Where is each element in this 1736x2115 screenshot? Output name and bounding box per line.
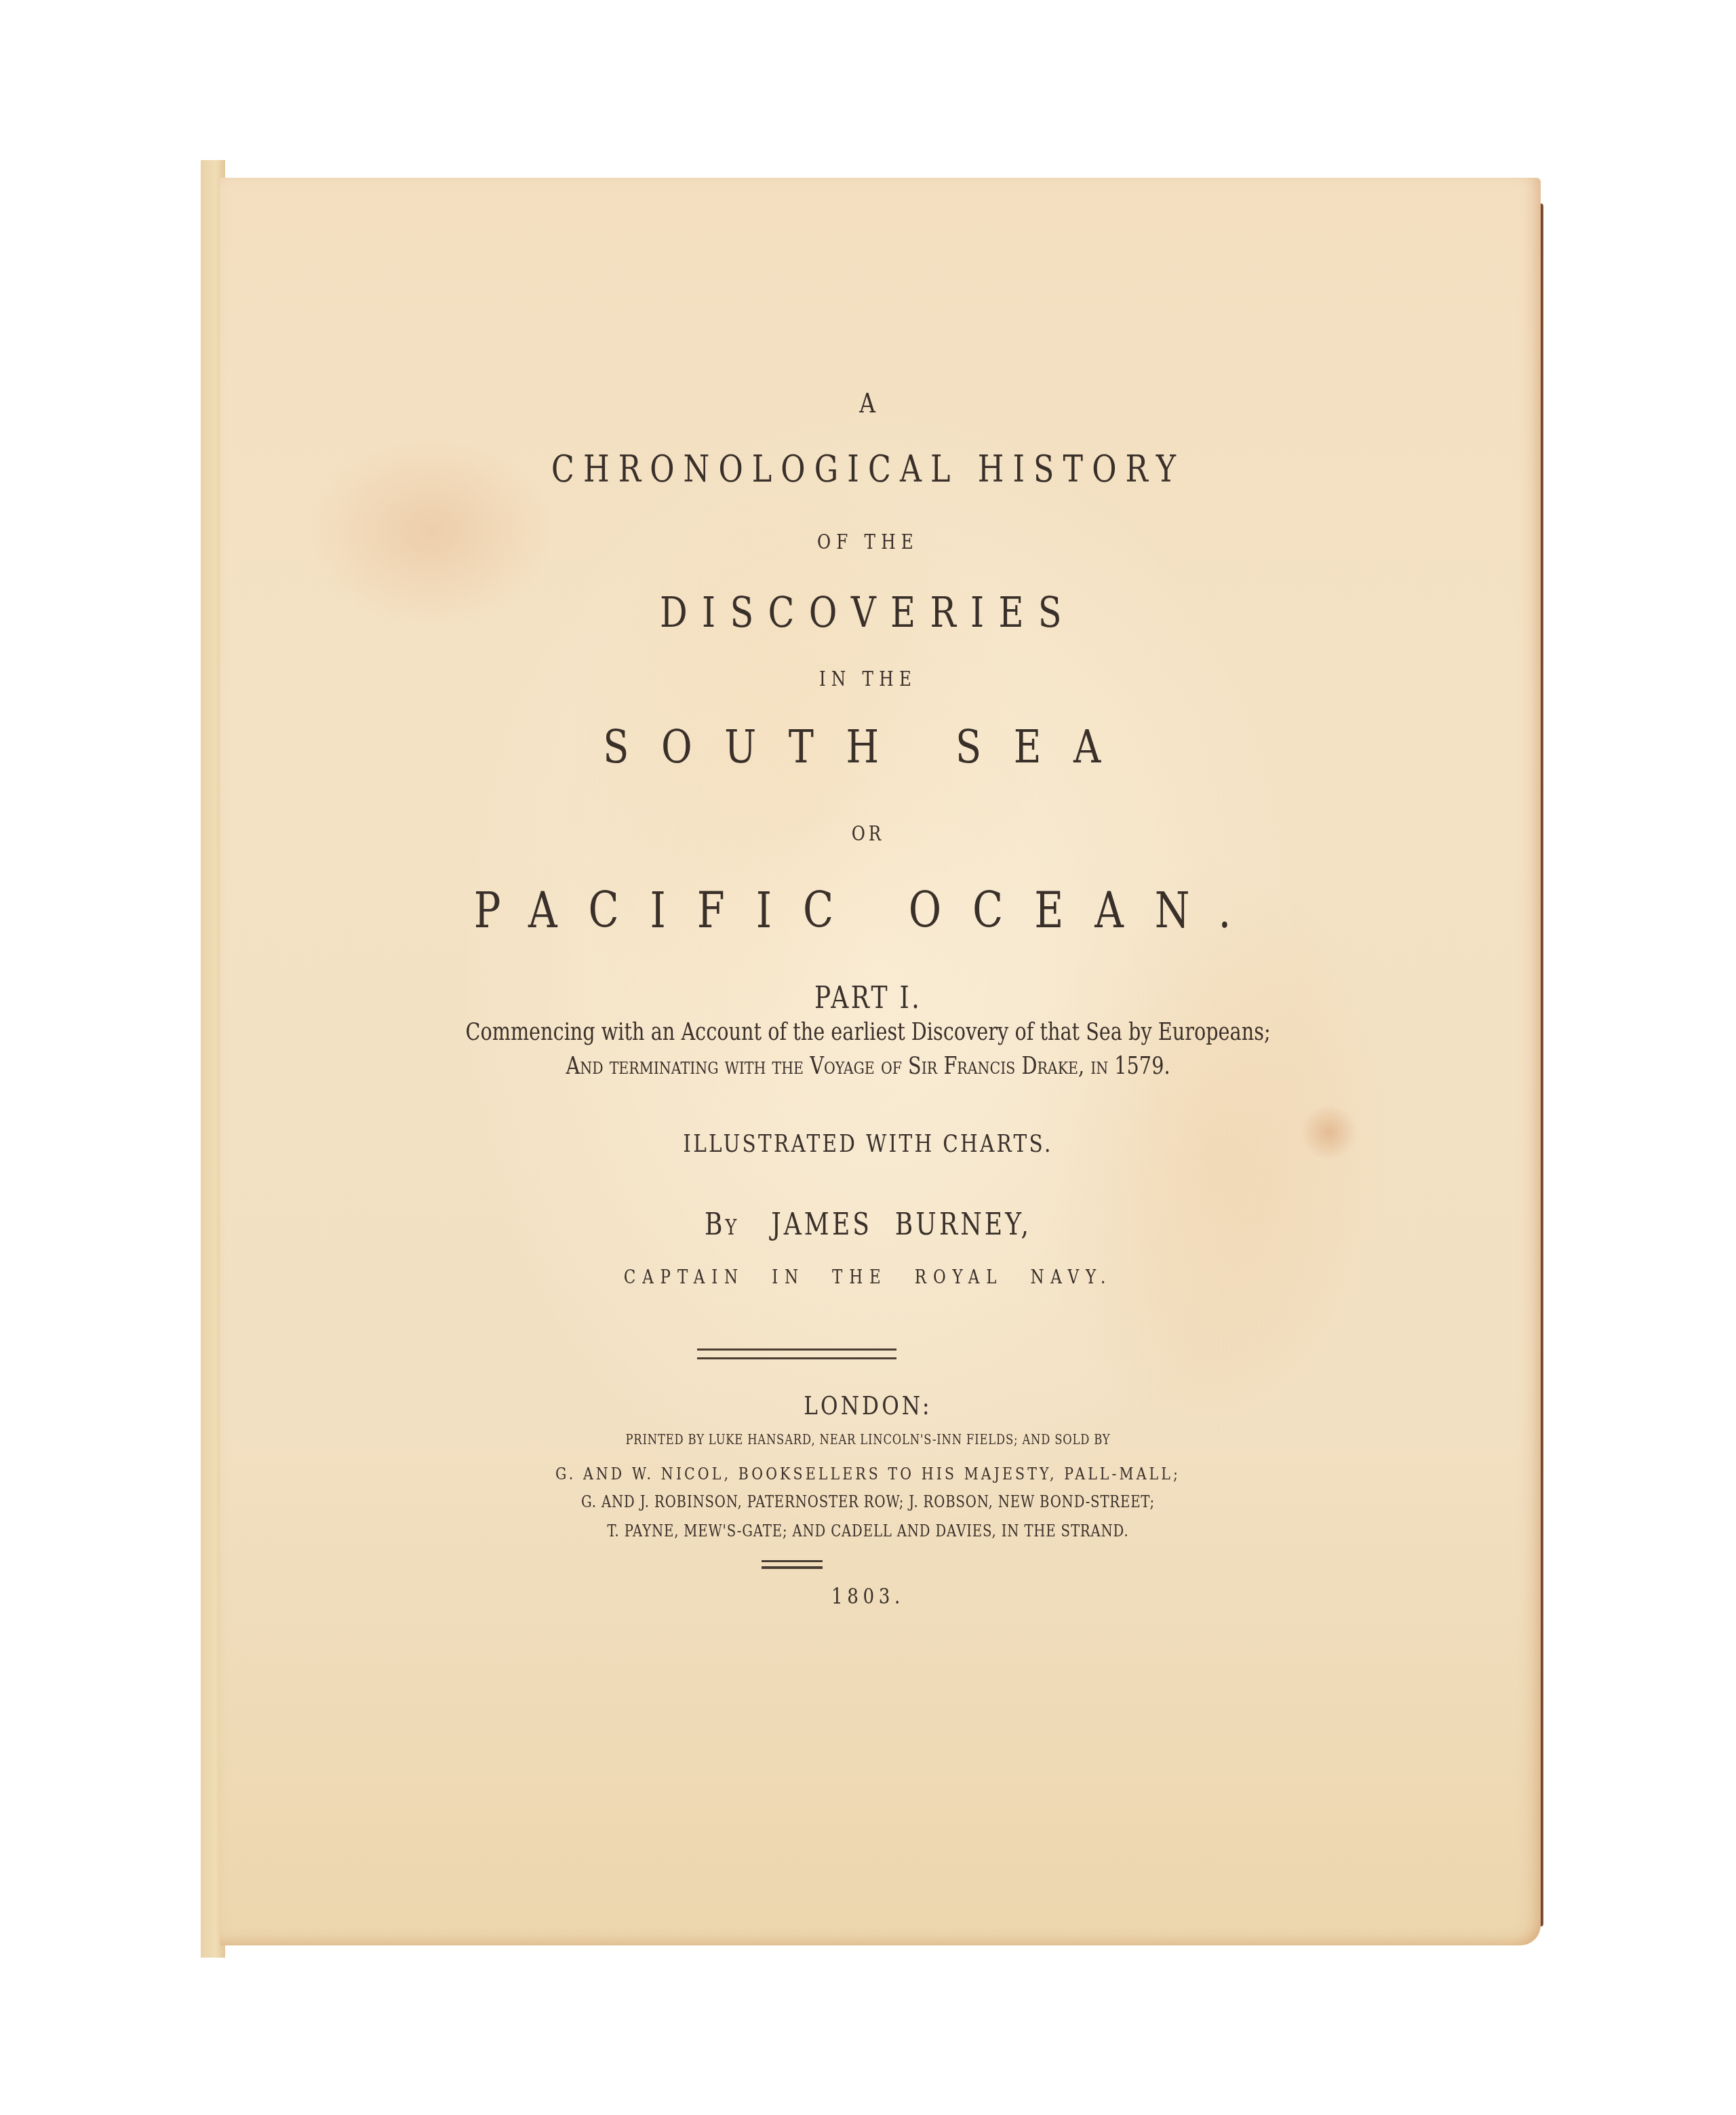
title-pacific-ocean: PACIFIC OCEAN. <box>156 882 1579 939</box>
imprint-sellers-line-2: G. AND J. ROBINSON, PATERNOSTER ROW; J. … <box>156 1492 1579 1511</box>
illustrated-with-charts: ILLUSTRATED WITH CHARTS. <box>156 1130 1579 1158</box>
author-rank: CAPTAIN IN THE ROYAL NAVY. <box>156 1266 1579 1288</box>
title-of-the: OF THE <box>156 530 1579 554</box>
title-article: A <box>156 388 1579 419</box>
byline-prefix: By <box>705 1207 740 1242</box>
title-part-number: PART I. <box>156 981 1579 1015</box>
subtitle-line-1: Commencing with an Account of the earlie… <box>156 1019 1579 1046</box>
author-name: JAMES BURNEY, <box>771 1207 1031 1242</box>
double-rule-divider <box>697 1348 896 1359</box>
imprint-printer: PRINTED BY LUKE HANSARD, NEAR LINCOLN'S-… <box>156 1431 1579 1448</box>
imprint-sellers-line-3: T. PAYNE, MEW'S-GATE; AND CADELL AND DAV… <box>156 1521 1579 1540</box>
imprint-city: LONDON: <box>156 1391 1579 1420</box>
title-in-the: IN THE <box>156 667 1579 691</box>
imprint-sellers-line-1: G. AND W. NICOL, BOOKSELLERS TO HIS MAJE… <box>156 1464 1579 1483</box>
imprint-year: 1803. <box>156 1583 1579 1609</box>
short-rule-divider <box>762 1560 823 1569</box>
subtitle-line-2: And terminating with the Voyage of Sir F… <box>156 1053 1579 1080</box>
title-discoveries: DISCOVERIES <box>156 587 1579 637</box>
title-chronological-history: CHRONOLOGICAL HISTORY <box>156 448 1579 490</box>
title-south-sea: SOUTH SEA <box>156 720 1579 774</box>
title-or: OR <box>156 822 1579 846</box>
author-byline: By JAMES BURNEY, <box>156 1207 1579 1242</box>
